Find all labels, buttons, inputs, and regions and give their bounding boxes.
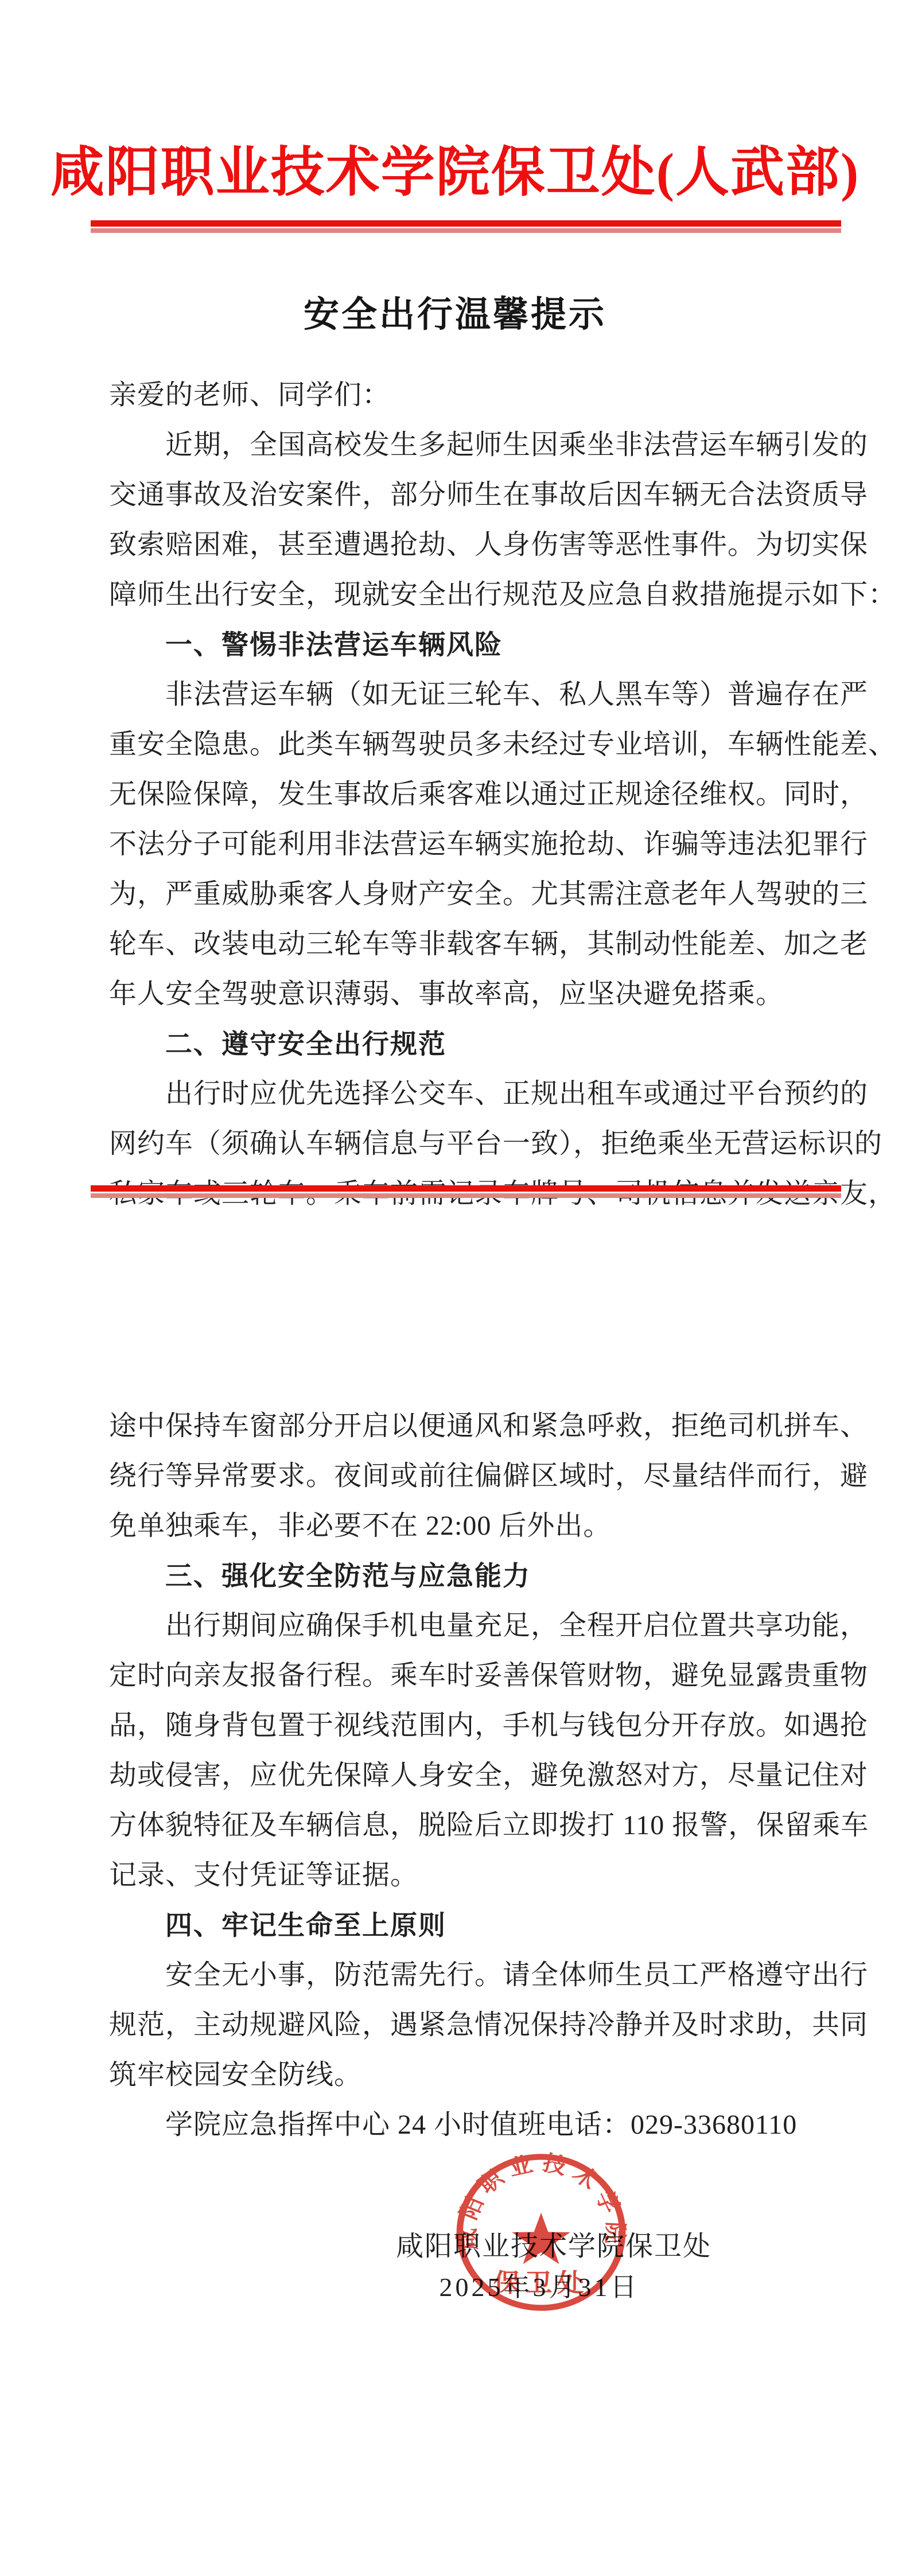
divider-red-bar xyxy=(91,220,841,227)
body-line: 记录、支付凭证等证据。 xyxy=(109,1850,843,1900)
body-line: 规范，主动规避风险，遇紧急情况保持冷静并及时求助，共同 xyxy=(109,2000,843,2050)
body-line: 无保险保障，发生事故后乘客难以通过正规途径维权。同时， xyxy=(109,769,843,819)
body-line: 网约车（须确认车辆信息与平台一致），拒绝乘坐无营运标识的 xyxy=(109,1119,843,1169)
body-line: 免单独乘车，非必要不在 22:00 后外出。 xyxy=(109,1501,843,1551)
page-break-divider xyxy=(91,1185,841,1198)
body-line: 近期，全国高校发生多起师生因乘坐非法营运车辆引发的 xyxy=(109,420,843,470)
body-line: 交通事故及治安案件，部分师生在事故后因车辆无合法资质导 xyxy=(109,470,843,520)
seal-star-icon xyxy=(512,2213,570,2264)
body-text-page1: 亲爱的老师、同学们： 近期，全国高校发生多起师生因乘坐非法营运车辆引发的 交通事… xyxy=(109,370,843,1219)
divider-pink-bar xyxy=(91,1193,841,1198)
body-line: 出行时应优先选择公交车、正规出租车或通过平台预约的 xyxy=(109,1069,843,1119)
letterhead-divider xyxy=(91,220,841,233)
document-title: 安全出行温馨提示 xyxy=(0,286,910,337)
body-line: 筑牢校园安全防线。 xyxy=(109,2050,843,2100)
document-page: { "colors": { "header_red": "#ed1010", "… xyxy=(0,0,910,2576)
body-line: 途中保持车窗部分开启以便通风和紧急呼救，拒绝司机拼车、 xyxy=(109,1401,843,1451)
body-line: 定时向亲友报备行程。乘车时妥善保管财物，避免显露贵重物 xyxy=(109,1651,843,1701)
body-line: 方体貌特征及车辆信息，脱险后立即拨打 110 报警，保留乘车 xyxy=(109,1800,843,1850)
body-line: 障师生出行安全，现就安全出行规范及应急自救措施提示如下： xyxy=(109,570,843,620)
body-line: 致索赔困难，甚至遭遇抢劫、人身伤害等恶性事件。为切实保 xyxy=(109,520,843,570)
body-line: 轮车、改装电动三轮车等非载客车辆，其制动性能差、加之老 xyxy=(109,919,843,969)
body-line: 绕行等异常要求。夜间或前往偏僻区域时，尽量结伴而行，避 xyxy=(109,1451,843,1501)
salutation-line: 亲爱的老师、同学们： xyxy=(109,370,843,420)
official-seal-stamp: 咸阳职业技术学院 保卫处 xyxy=(453,2150,629,2314)
section-heading-4: 四、牢记生命至上原则 xyxy=(109,1900,843,1950)
section-heading-1: 一、警惕非法营运车辆风险 xyxy=(109,620,843,670)
section-heading-2: 二、遵守安全出行规范 xyxy=(109,1019,843,1069)
emergency-hotline-line: 学院应急指挥中心 24 小时值班电话：029-33680110 xyxy=(109,2100,843,2150)
body-line: 为，严重威胁乘客人身财产安全。尤其需注意老年人驾驶的三 xyxy=(109,869,843,919)
body-line: 安全无小事，防范需先行。请全体师生员工严格遵守出行 xyxy=(109,1950,843,2000)
body-line: 非法营运车辆（如无证三轮车、私人黑车等）普遍存在严 xyxy=(109,670,843,719)
body-line: 年人安全驾驶意识薄弱、事故率高，应坚决避免搭乘。 xyxy=(109,969,843,1019)
seal-center-text: 保卫处 xyxy=(493,2269,589,2297)
body-line: 重安全隐患。此类车辆驾驶员多未经过专业培训，车辆性能差、 xyxy=(109,719,843,769)
divider-red-bar xyxy=(91,1185,841,1192)
body-line: 出行期间应确保手机电量充足，全程开启位置共享功能， xyxy=(109,1601,843,1651)
divider-pink-bar xyxy=(91,228,841,233)
letterhead-title: 咸阳职业技术学院保卫处(人武部) xyxy=(0,129,910,206)
section-heading-3: 三、强化安全防范与应急能力 xyxy=(109,1551,843,1601)
body-text-page2: 途中保持车窗部分开启以便通风和紧急呼救，拒绝司机拼车、 绕行等异常要求。夜间或前… xyxy=(109,1401,843,2150)
body-line: 品，随身背包置于视线范围内，手机与钱包分开存放。如遇抢 xyxy=(109,1701,843,1750)
body-line: 劫或侵害，应优先保障人身安全，避免激怒对方，尽量记住对 xyxy=(109,1750,843,1800)
body-line: 不法分子可能利用非法营运车辆实施抢劫、诈骗等违法犯罪行 xyxy=(109,819,843,869)
